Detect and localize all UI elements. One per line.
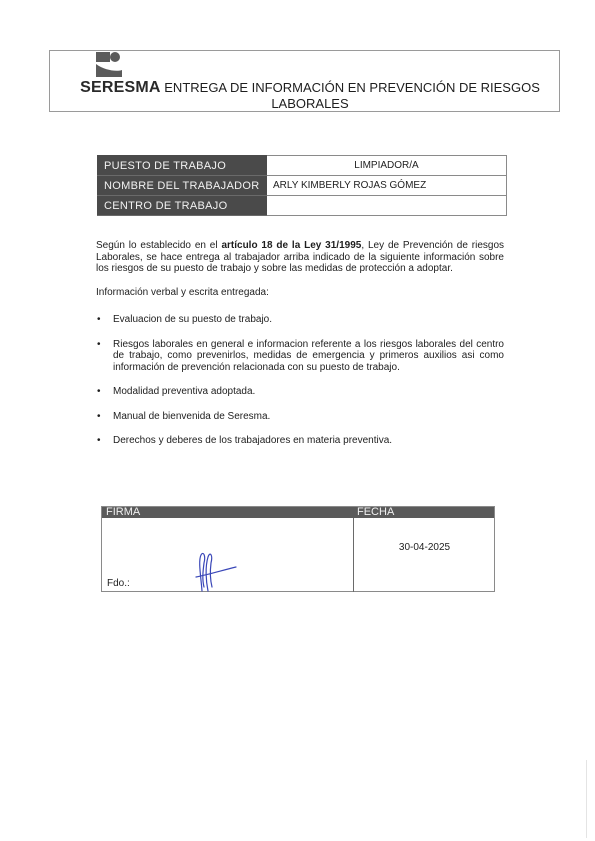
fdo-label: Fdo.:	[107, 578, 130, 589]
bullet-icon: •	[97, 435, 101, 447]
workplace-label: CENTRO DE TRABAJO	[98, 196, 267, 216]
worker-info-table: PUESTO DE TRABAJO LIMPIADOR/A NOMBRE DEL…	[97, 155, 507, 216]
bullet-icon: •	[97, 314, 101, 326]
list-item-text: Riesgos laborales en general e informaci…	[113, 339, 504, 373]
scan-artifact	[586, 760, 587, 838]
job-position-value: LIMPIADOR/A	[267, 156, 507, 176]
signature-header: FIRMA FECHA	[102, 507, 494, 518]
job-position-label: PUESTO DE TRABAJO	[98, 156, 267, 176]
bullet-icon: •	[97, 411, 101, 423]
intro-text: Según lo establecido en el	[96, 240, 221, 251]
firma-label: FIRMA	[106, 506, 140, 518]
brand-name: SERESMA	[80, 79, 161, 96]
list-item-text: Evaluacion de su puesto de trabajo.	[113, 314, 272, 325]
list-item: •Manual de bienvenida de Seresma.	[96, 411, 504, 423]
document-title: SERESMA ENTREGA DE INFORMACIÓN EN PREVEN…	[70, 80, 550, 112]
delivered-info-list: •Evaluacion de su puesto de trabajo. •Ri…	[96, 314, 504, 460]
title-line-2: LABORALES	[271, 96, 348, 111]
signature-box: FIRMA FECHA Fdo.: 30-04-2025	[101, 506, 495, 592]
table-row: NOMBRE DEL TRABAJADOR ARLY KIMBERLY ROJA…	[98, 176, 507, 196]
list-item-text: Modalidad preventiva adoptada.	[113, 386, 255, 397]
worker-name-label: NOMBRE DEL TRABAJADOR	[98, 176, 267, 196]
bullet-icon: •	[97, 386, 101, 398]
handwritten-signature-icon	[192, 547, 237, 593]
list-item: •Riesgos laborales en general e informac…	[96, 339, 504, 374]
law-reference: artículo 18 de la Ley 31/1995	[221, 240, 361, 251]
bullet-icon: •	[97, 339, 101, 351]
list-item: •Derechos y deberes de los trabajadores …	[96, 435, 504, 447]
list-item-text: Manual de bienvenida de Seresma.	[113, 411, 270, 422]
worker-name-value: ARLY KIMBERLY ROJAS GÓMEZ	[267, 176, 507, 196]
list-intro: Información verbal y escrita entregada:	[96, 287, 269, 298]
table-row: CENTRO DE TRABAJO	[98, 196, 507, 216]
seresma-logo-icon	[96, 52, 122, 77]
fecha-label: FECHA	[357, 506, 394, 518]
delivery-date: 30-04-2025	[354, 542, 495, 553]
workplace-value	[267, 196, 507, 216]
table-row: PUESTO DE TRABAJO LIMPIADOR/A	[98, 156, 507, 176]
list-item: •Evaluacion de su puesto de trabajo.	[96, 314, 504, 326]
column-divider	[353, 518, 354, 592]
list-item: •Modalidad preventiva adoptada.	[96, 386, 504, 398]
intro-paragraph: Según lo establecido en el artículo 18 d…	[96, 240, 504, 275]
title-line-1: ENTREGA DE INFORMACIÓN EN PREVENCIÓN DE …	[164, 80, 540, 95]
list-item-text: Derechos y deberes de los trabajadores e…	[113, 435, 392, 446]
